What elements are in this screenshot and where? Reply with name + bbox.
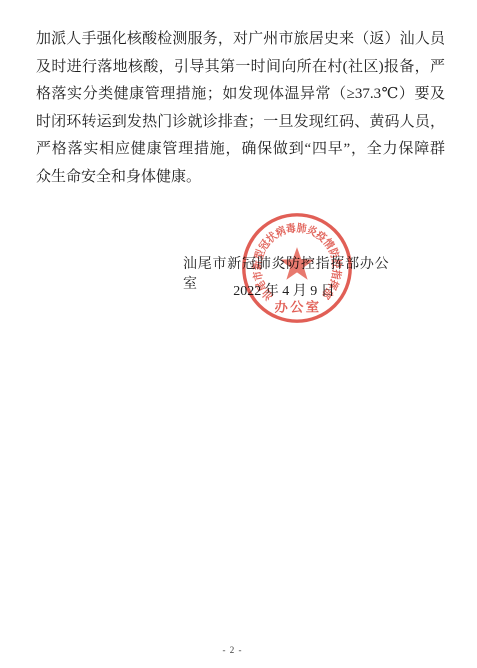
body-line: 众生命安全和身体健康。	[36, 164, 445, 192]
page-number: - 2 -	[200, 645, 265, 655]
seal-bottom-text: 办公室	[274, 299, 321, 315]
document-page: 加派人手强化核酸检测服务，对广州市旅居史来（返）汕人员 及时进行落地核酸，引导其…	[0, 0, 477, 668]
body-line: 加派人手强化核酸检测服务，对广州市旅居史来（返）汕人员	[36, 26, 445, 54]
body-line: 时闭环转运到发热门诊就诊排查；一旦发现红码、黄码人员，	[36, 109, 445, 137]
paragraph-continuation: 加派人手强化核酸检测服务，对广州市旅居史来（返）汕人员 及时进行落地核酸，引导其…	[36, 26, 445, 192]
signature-date: 2022 年 4 月 9 日	[218, 280, 350, 300]
body-line: 严格落实相应健康管理措施，确保做到“四早”，全力保障群	[36, 136, 445, 164]
body-line: 及时进行落地核酸，引导其第一时间向所在村(社区)报备，严	[36, 54, 445, 82]
body-line: 格落实分类健康管理措施；如发现体温异常（≥37.3℃）要及	[36, 81, 445, 109]
